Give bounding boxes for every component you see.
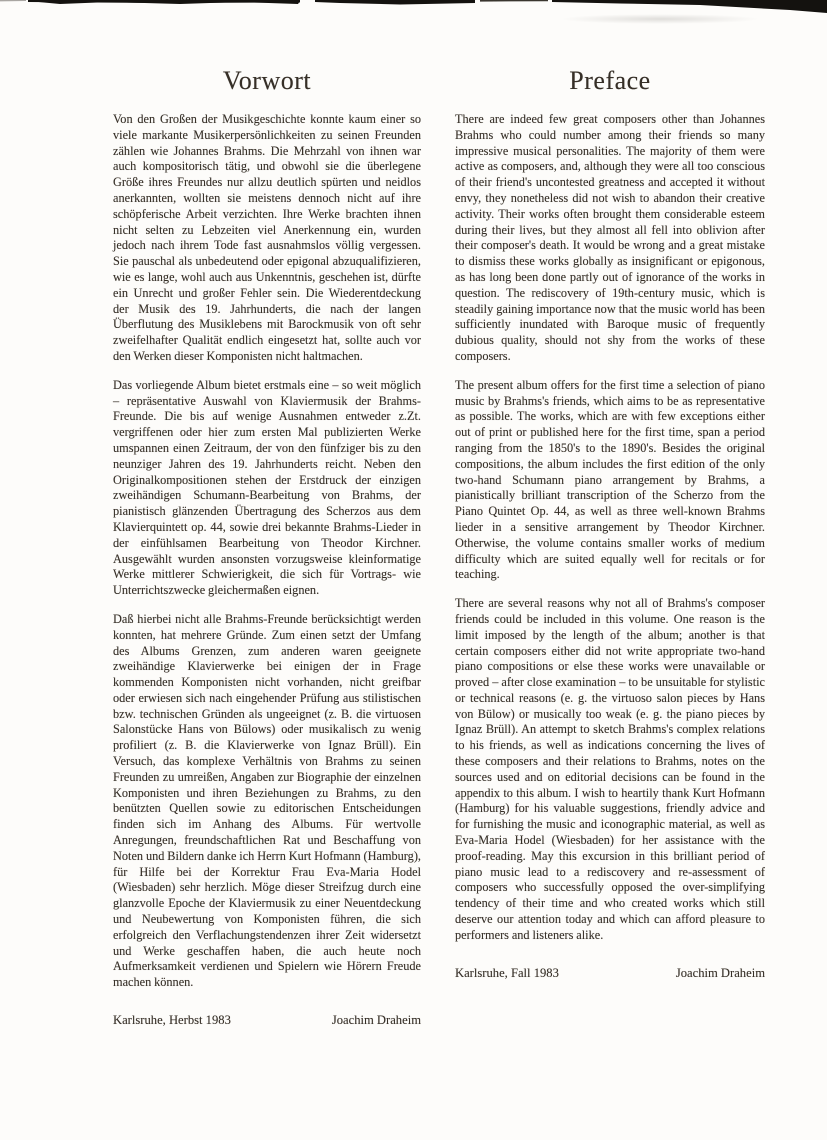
english-title: Preface xyxy=(455,66,765,96)
column-german: Vorwort Von den Großen der Musikgeschich… xyxy=(113,66,421,1028)
german-paragraph-3: Daß hierbei nicht alle Brahms-Freunde be… xyxy=(113,612,421,991)
german-body: Von den Großen der Musikgeschichte konnt… xyxy=(113,112,421,991)
column-english: Preface There are indeed few great compo… xyxy=(455,66,765,981)
german-paragraph-2: Das vorliegende Album bietet erstmals ei… xyxy=(113,378,421,599)
english-paragraph-3: There are several reasons why not all of… xyxy=(455,596,765,944)
german-signature-line: Karlsruhe, Herbst 1983 Joachim Draheim xyxy=(113,1013,421,1028)
german-title: Vorwort xyxy=(113,66,421,96)
german-paragraph-1: Von den Großen der Musikgeschichte konnt… xyxy=(113,112,421,365)
german-place-date: Karlsruhe, Herbst 1983 xyxy=(113,1013,231,1028)
english-paragraph-2: The present album offers for the first t… xyxy=(455,378,765,583)
german-author: Joachim Draheim xyxy=(332,1013,421,1028)
english-paragraph-1: There are indeed few great composers oth… xyxy=(455,112,765,365)
scan-smudge-artifact xyxy=(560,14,760,24)
scanned-page: Vorwort Von den Großen der Musikgeschich… xyxy=(0,0,827,1140)
english-body: There are indeed few great composers oth… xyxy=(455,112,765,944)
english-signature-line: Karlsruhe, Fall 1983 Joachim Draheim xyxy=(455,966,765,981)
english-author: Joachim Draheim xyxy=(676,966,765,981)
english-place-date: Karlsruhe, Fall 1983 xyxy=(455,966,559,981)
